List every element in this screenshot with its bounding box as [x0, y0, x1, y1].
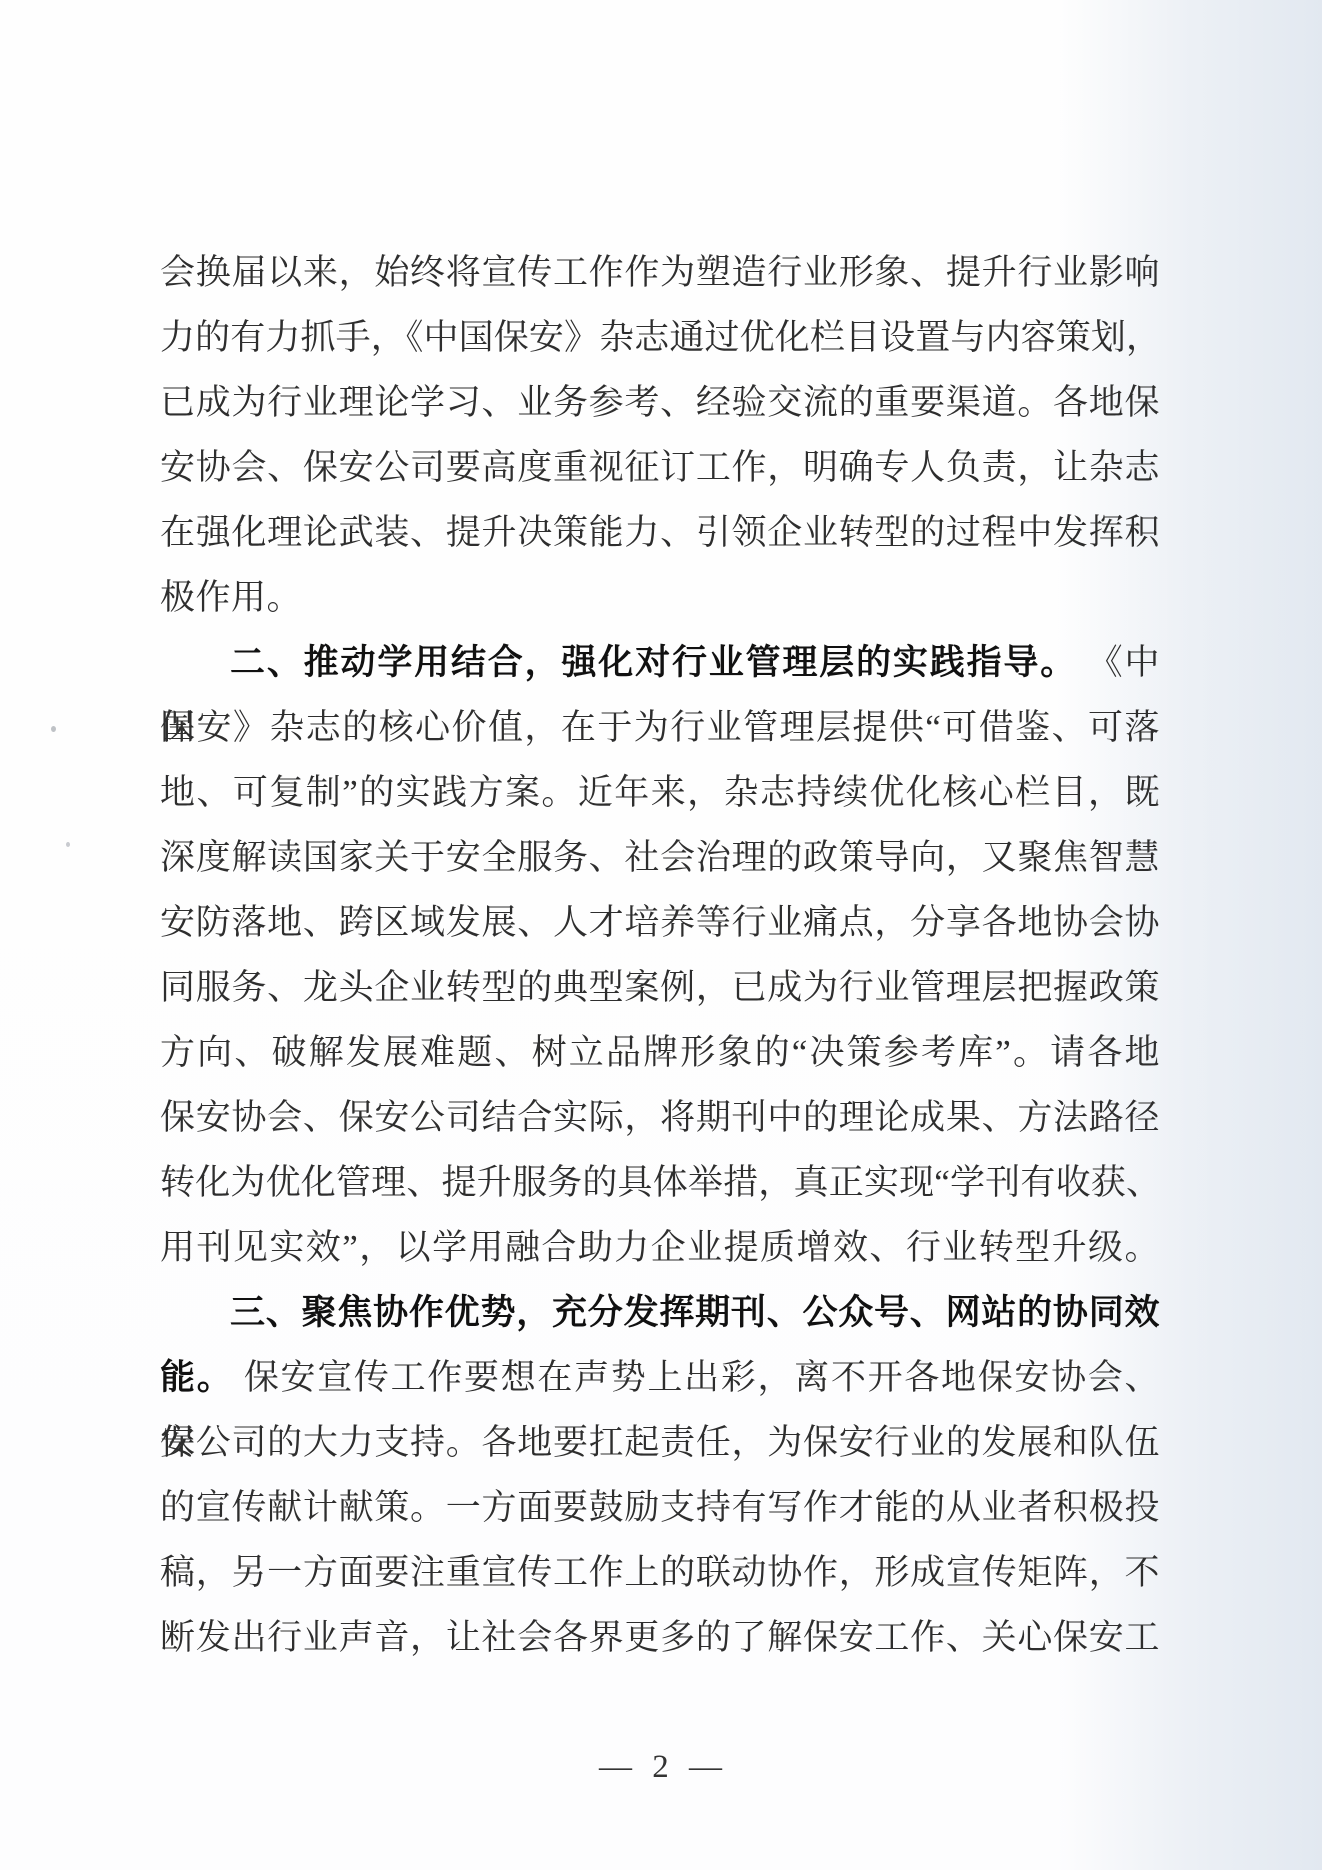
body-segment: 已成为行业理论学习、业务参考、经验交流的重要渠道。各地保: [160, 383, 1160, 422]
body-segment: 会换届以来，始终将宣传工作作为塑造行业形象、提升行业影响: [160, 253, 1160, 292]
heading-segment: 能。: [160, 1358, 233, 1397]
text-line: 转化为优化管理、提升服务的具体举措，真正实现“学刊有收获、: [160, 1150, 1160, 1215]
body-segment: 安公司的大力支持。各地要扛起责任，为保安行业的发展和队伍: [160, 1423, 1160, 1462]
body-segment: 保安》杂志的核心价值，在于为行业管理层提供“可借鉴、可落: [160, 708, 1160, 747]
text-line: 安公司的大力支持。各地要扛起责任，为保安行业的发展和队伍: [160, 1410, 1160, 1475]
document-body: 会换届以来，始终将宣传工作作为塑造行业形象、提升行业影响 力的有力抓手，《中国保…: [160, 240, 1160, 1670]
document-page: 会换届以来，始终将宣传工作作为塑造行业形象、提升行业影响 力的有力抓手，《中国保…: [0, 0, 1322, 1870]
body-segment: 用刊见实效”，以学用融合助力企业提质增效、行业转型升级。: [160, 1228, 1160, 1267]
text-line: 极作用。: [160, 565, 1160, 630]
text-line: 保安协会、保安公司结合实际，将期刊中的理论成果、方法路径: [160, 1085, 1160, 1150]
body-segment: 地、可复制”的实践方案。近年来，杂志持续优化核心栏目，既: [160, 773, 1160, 812]
text-line: 安防落地、跨区域发展、人才培养等行业痛点，分享各地协会协: [160, 890, 1160, 955]
body-segment: 的宣传献计献策。一方面要鼓励支持有写作才能的从业者积极投: [160, 1488, 1160, 1527]
body-segment: 安防落地、跨区域发展、人才培养等行业痛点，分享各地协会协: [160, 903, 1160, 942]
text-line: 用刊见实效”，以学用融合助力企业提质增效、行业转型升级。: [160, 1215, 1160, 1280]
body-segment: 转化为优化管理、提升服务的具体举措，真正实现“学刊有收获、: [160, 1163, 1160, 1202]
body-segment: 方向、破解发展难题、树立品牌形象的“决策参考库”。请各地: [160, 1033, 1160, 1072]
scan-speck: [66, 842, 70, 847]
text-line: 地、可复制”的实践方案。近年来，杂志持续优化核心栏目，既: [160, 760, 1160, 825]
text-line: 稿，另一方面要注重宣传工作上的联动协作，形成宣传矩阵，不: [160, 1540, 1160, 1605]
body-segment: 深度解读国家关于安全服务、社会治理的政策导向，又聚焦智慧: [160, 838, 1160, 877]
page-footer: — 2 —: [0, 1742, 1322, 1792]
body-segment: 同服务、龙头企业转型的典型案例，已成为行业管理层把握政策: [160, 968, 1160, 1007]
body-segment: 极作用。: [160, 578, 302, 617]
body-segment: 在强化理论武装、提升决策能力、引领企业转型的过程中发挥积: [160, 513, 1160, 552]
text-line: 会换届以来，始终将宣传工作作为塑造行业形象、提升行业影响: [160, 240, 1160, 305]
heading-segment: 二、推动学用结合，强化对行业管理层的实践指导。: [230, 643, 1077, 682]
body-segment: 安协会、保安公司要高度重视征订工作，明确专人负责，让杂志: [160, 448, 1160, 487]
text-line: 三、聚焦协作优势，充分发挥期刊、公众号、网站的协同效: [160, 1280, 1160, 1345]
scan-speck: [51, 726, 56, 732]
text-line: 安协会、保安公司要高度重视征订工作，明确专人负责，让杂志: [160, 435, 1160, 500]
body-segment: 断发出行业声音，让社会各界更多的了解保安工作、关心保安工: [160, 1618, 1160, 1657]
text-line: 能。 保安宣传工作要想在声势上出彩，离不开各地保安协会、保: [160, 1345, 1160, 1410]
body-segment: 力的有力抓手，《中国保安》杂志通过优化栏目设置与内容策划，: [160, 318, 1160, 357]
text-line: 方向、破解发展难题、树立品牌形象的“决策参考库”。请各地: [160, 1020, 1160, 1085]
text-line: 断发出行业声音，让社会各界更多的了解保安工作、关心保安工: [160, 1605, 1160, 1670]
page-number: — 2 —: [599, 1749, 723, 1785]
text-line: 力的有力抓手，《中国保安》杂志通过优化栏目设置与内容策划，: [160, 305, 1160, 370]
text-line: 同服务、龙头企业转型的典型案例，已成为行业管理层把握政策: [160, 955, 1160, 1020]
heading-segment: 三、聚焦协作优势，充分发挥期刊、公众号、网站的协同效: [230, 1293, 1160, 1332]
text-line: 深度解读国家关于安全服务、社会治理的政策导向，又聚焦智慧: [160, 825, 1160, 890]
text-line: 保安》杂志的核心价值，在于为行业管理层提供“可借鉴、可落: [160, 695, 1160, 760]
body-segment: 稿，另一方面要注重宣传工作上的联动协作，形成宣传矩阵，不: [160, 1553, 1160, 1592]
text-line: 在强化理论武装、提升决策能力、引领企业转型的过程中发挥积: [160, 500, 1160, 565]
text-line: 的宣传献计献策。一方面要鼓励支持有写作才能的从业者积极投: [160, 1475, 1160, 1540]
text-line: 二、推动学用结合，强化对行业管理层的实践指导。 《中国: [160, 630, 1160, 695]
body-segment: 保安协会、保安公司结合实际，将期刊中的理论成果、方法路径: [160, 1098, 1160, 1137]
text-line: 已成为行业理论学习、业务参考、经验交流的重要渠道。各地保: [160, 370, 1160, 435]
